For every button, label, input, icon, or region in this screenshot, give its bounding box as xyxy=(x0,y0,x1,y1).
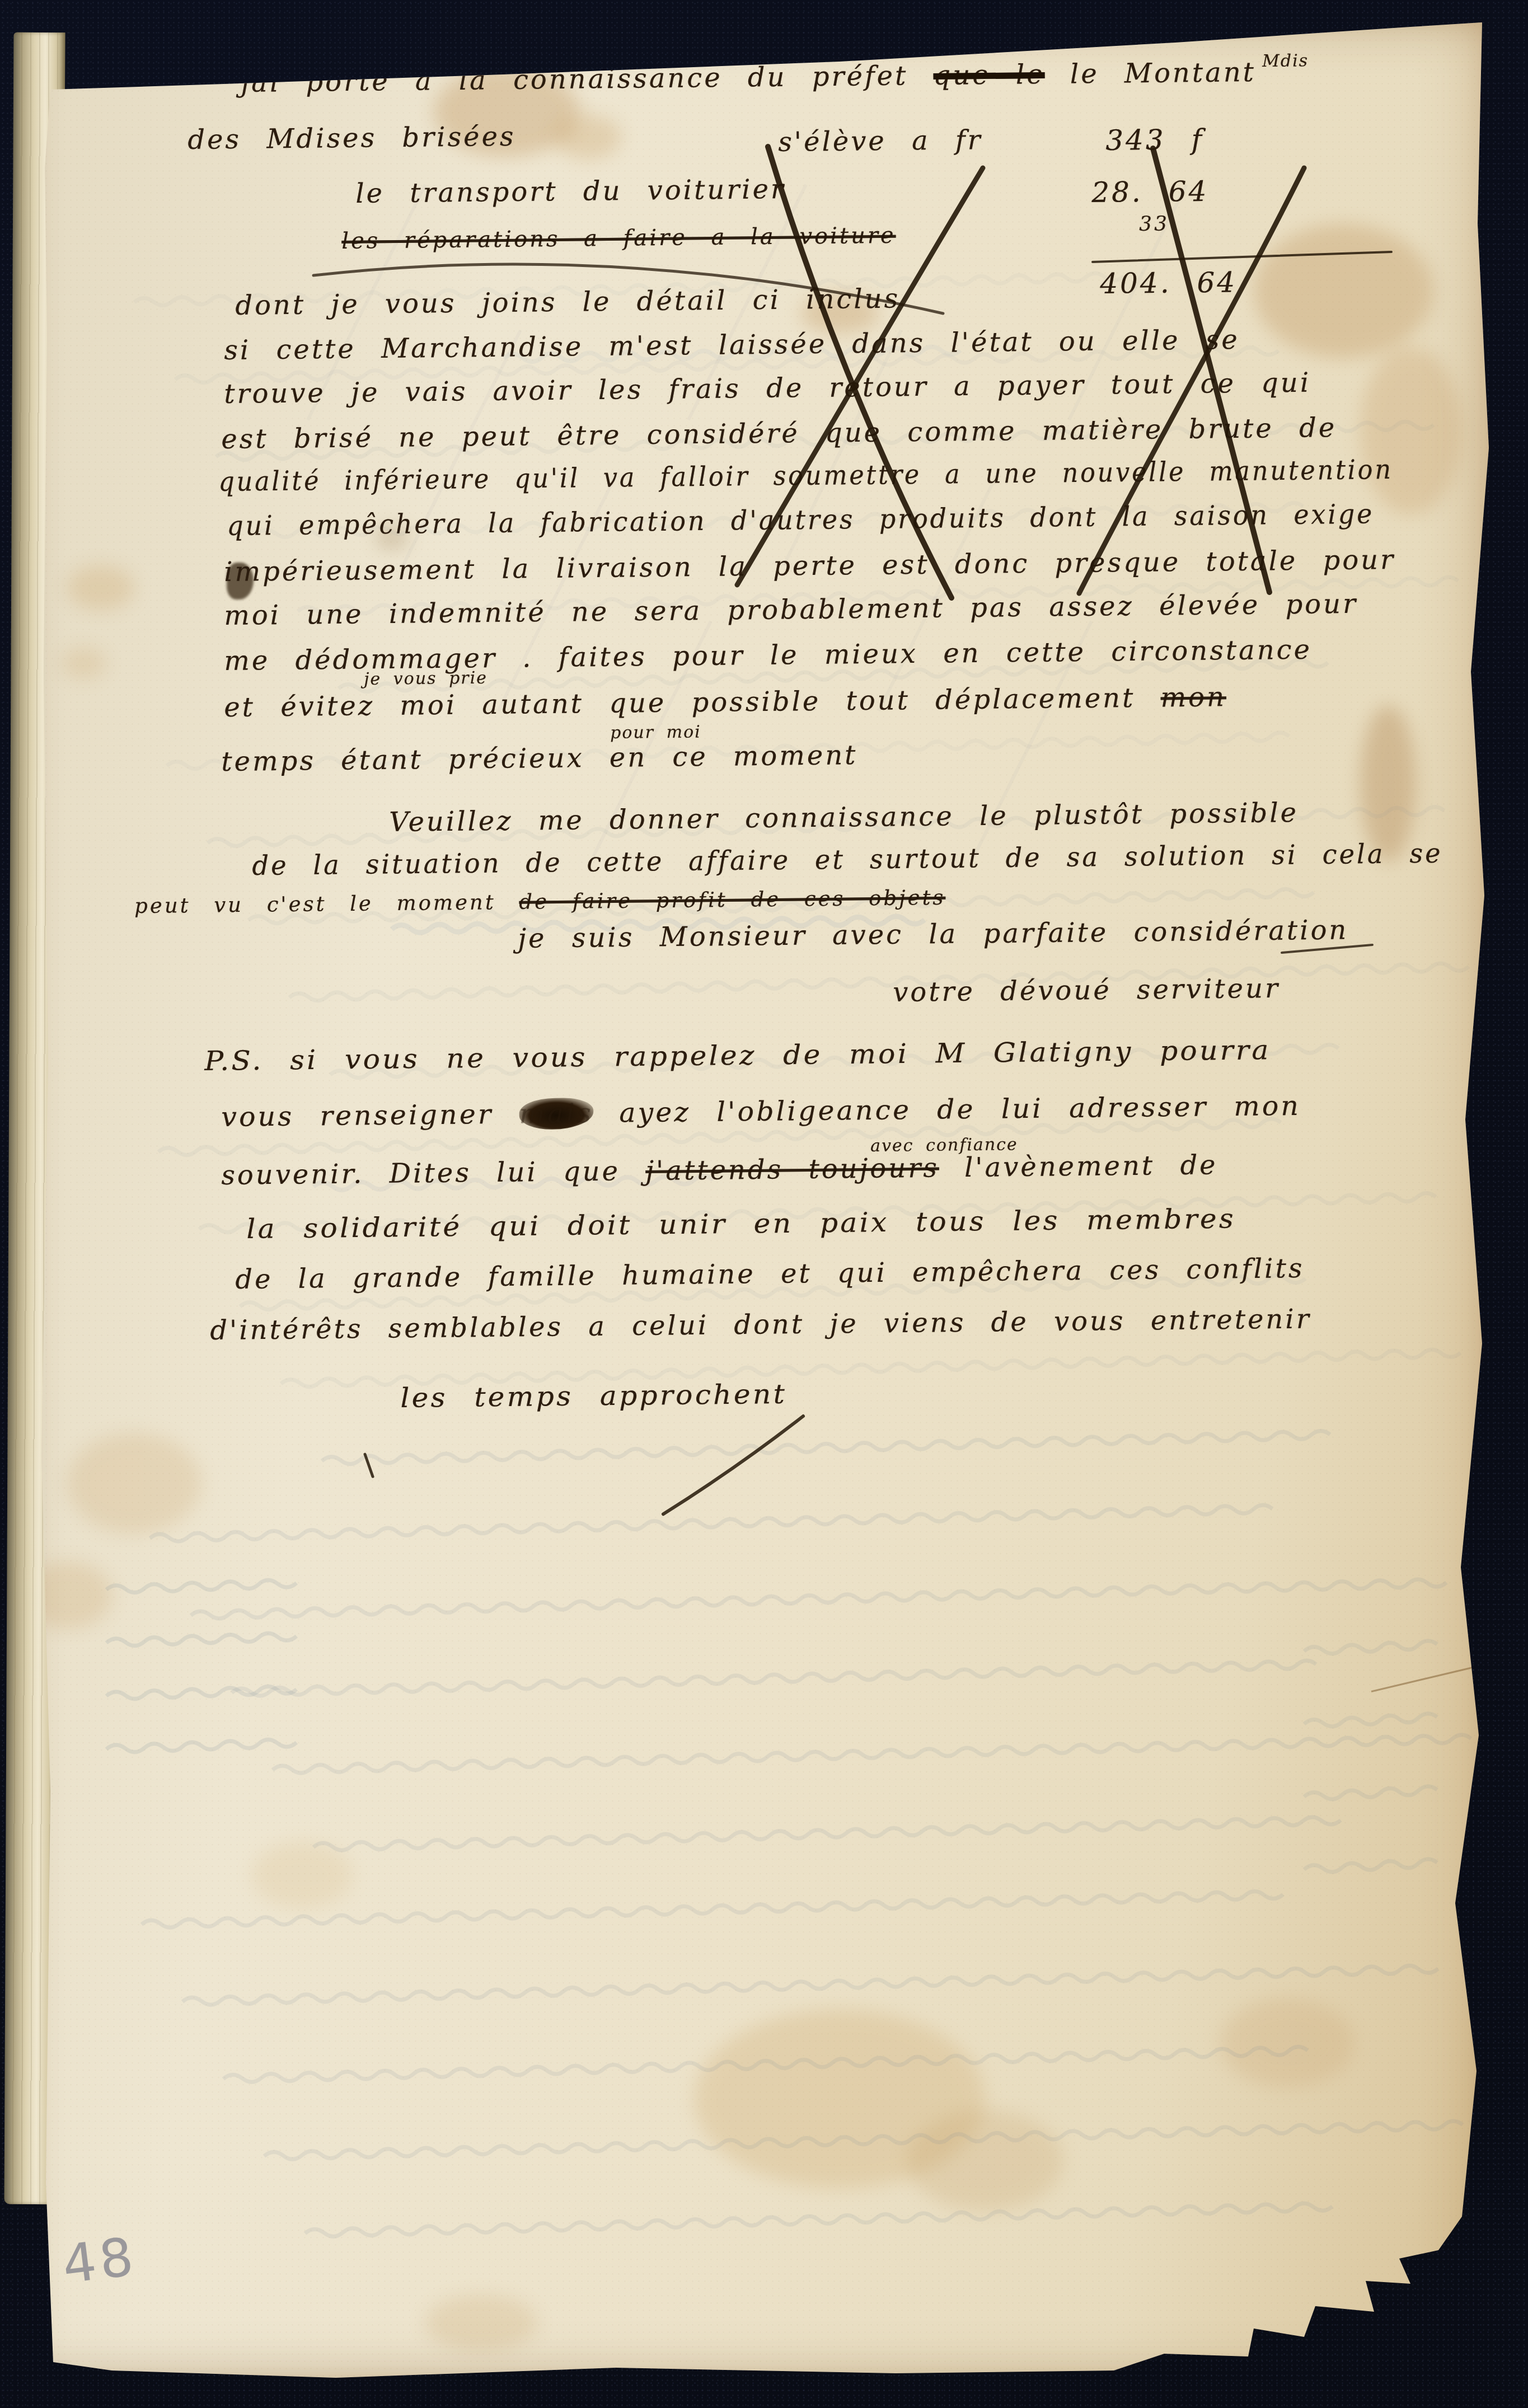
text-segment: votre dévoué serviteur xyxy=(893,973,1280,1008)
segment-struck: j'attends toujours xyxy=(645,1153,939,1187)
letter-sheet: jai porté a la connaissance du préfet qu… xyxy=(0,0,1528,2408)
manuscript-line-8: 33 xyxy=(1139,212,1169,236)
text-segment: je suis Monsieur avec la parfaite consid… xyxy=(518,914,1349,954)
text-segment: trouve je vais avoir les frais de retour… xyxy=(224,367,1311,410)
manuscript-line-33: de la grande famille humaine et qui empê… xyxy=(235,1253,1305,1295)
manuscript-line-16: impérieusement la livraison la perte est… xyxy=(224,544,1395,588)
manuscript-line-13: est brisé ne peut être considéré que com… xyxy=(221,412,1337,455)
text-segment: avec confiance xyxy=(870,1135,1018,1156)
text-segment: vous renseigner xyxy=(221,1098,519,1133)
text-segment: dont je vous joins le détail ci inclus xyxy=(235,283,900,321)
text-segment: qui empêchera la fabrication d'autres pr… xyxy=(227,499,1375,542)
text-segment: s'élève a fr xyxy=(778,124,983,158)
manuscript-line-23: Veuillez me donner connaissance le plust… xyxy=(389,797,1299,838)
manuscript-line-28: P.S. si vous ne vous rappelez de moi M G… xyxy=(204,1034,1271,1077)
text-segment: qualité inférieure qu'il va falloir soum… xyxy=(218,454,1393,498)
manuscript-line-27: votre dévoué serviteur xyxy=(893,973,1280,1008)
text-segment: pour moi xyxy=(610,722,701,743)
manuscript-line-22: pour moi xyxy=(610,722,701,743)
text-segment: 404. 64 xyxy=(1100,266,1237,300)
manuscript-line-11: si cette Marchandise m'est laissée dans … xyxy=(224,324,1240,366)
text-segment: impérieusement la livraison la perte est… xyxy=(224,544,1395,588)
manuscript-line-0: jai porté a la connaissance du préfet qu… xyxy=(241,57,1256,99)
text-segment: 33 xyxy=(1139,212,1169,236)
text-segment: Veuillez me donner connaissance le plust… xyxy=(389,797,1299,838)
manuscript-line-25: peut vu c'est le moment de faire profit … xyxy=(134,886,946,918)
manuscript-line-29: vous renseigner mais ayez l'obligeance d… xyxy=(221,1090,1301,1133)
manuscript-line-2: des Mdises brisées xyxy=(188,121,516,156)
segment-struck: les réparations a faire a la voiture xyxy=(341,223,896,254)
manuscript-line-7: les réparations a faire a la voiture xyxy=(341,223,896,254)
manuscript-line-14: qualité inférieure qu'il va falloir soum… xyxy=(218,454,1393,498)
manuscript-line-24: de la situation de cette affaire et surt… xyxy=(252,838,1443,882)
text-segment: jai porté a la connaissance du préfet xyxy=(241,60,934,99)
text-segment: d'intérêts semblables a celui dont je vi… xyxy=(210,1303,1311,1346)
text-segment: le Montant xyxy=(1044,57,1256,90)
text-segment: la solidarité qui doit unir en paix tous… xyxy=(246,1203,1236,1245)
manuscript-line-6: 28. 64 xyxy=(1091,175,1209,209)
text-segment: Mdis xyxy=(1262,51,1309,71)
text-segment: 343 f xyxy=(1105,123,1204,157)
manuscript-line-30: souvenir. Dites lui que j'attends toujou… xyxy=(221,1149,1218,1191)
text-segment: peut vu c'est le moment xyxy=(134,890,519,918)
text-segment: de la situation de cette affaire et surt… xyxy=(252,838,1443,882)
text-segment: ayez l'obligeance de lui adresser mon xyxy=(593,1090,1301,1129)
manuscript-line-15: qui empêchera la fabrication d'autres pr… xyxy=(227,499,1375,542)
manuscript-line-5: le transport du voiturier xyxy=(355,174,786,209)
text-segment: les temps approchent xyxy=(400,1379,787,1414)
manuscript-line-26: je suis Monsieur avec la parfaite consid… xyxy=(518,914,1349,954)
text-segment: moi une indemnité ne sera probablement p… xyxy=(224,588,1358,631)
manuscript-line-31: avec confiance xyxy=(870,1135,1018,1156)
segment-struck-heavy: que le xyxy=(933,59,1045,91)
text-segment: de la grande famille humaine et qui empê… xyxy=(235,1253,1305,1295)
folio-number: 48 xyxy=(59,2226,140,2295)
text-segment: temps étant précieux en ce moment xyxy=(221,739,858,777)
photo-backdrop: jai porté a la connaissance du préfet qu… xyxy=(0,0,1528,2408)
text-segment: je vous prie xyxy=(364,668,488,689)
text-segment: le transport du voiturier xyxy=(355,174,786,209)
text-segment: des Mdises brisées xyxy=(188,121,516,156)
manuscript-line-4: 343 f xyxy=(1105,123,1204,157)
manuscript-line-17: moi une indemnité ne sera probablement p… xyxy=(224,588,1358,631)
text-segment: est brisé ne peut être considéré que com… xyxy=(221,412,1337,455)
text-segment: si cette Marchandise m'est laissée dans … xyxy=(224,324,1240,366)
text-segment: souvenir. Dites lui que xyxy=(221,1155,646,1191)
segment-blot: mais xyxy=(519,1098,593,1130)
segment-struck: de faire profit de ces objets xyxy=(519,886,945,914)
manuscript-line-3: s'élève a fr xyxy=(778,124,983,158)
manuscript-line-35: les temps approchent xyxy=(400,1379,787,1414)
letter-text-layer: jai porté a la connaissance du préfet qu… xyxy=(0,0,1528,2408)
manuscript-line-34: d'intérêts semblables a celui dont je vi… xyxy=(210,1303,1311,1346)
manuscript-line-9: 404. 64 xyxy=(1100,266,1237,300)
manuscript-line-20: je vous prie xyxy=(364,668,488,689)
text-segment: P.S. si vous ne vous rappelez de moi M G… xyxy=(204,1034,1271,1077)
manuscript-line-32: la solidarité qui doit unir en paix tous… xyxy=(246,1203,1236,1245)
manuscript-line-21: temps étant précieux en ce moment xyxy=(221,739,858,777)
manuscript-line-10: dont je vous joins le détail ci inclus xyxy=(235,283,900,321)
manuscript-line-12: trouve je vais avoir les frais de retour… xyxy=(224,367,1311,410)
segment-struck: mon xyxy=(1160,681,1226,713)
manuscript-line-1: Mdis xyxy=(1262,51,1309,71)
text-segment: 28. 64 xyxy=(1091,175,1209,209)
